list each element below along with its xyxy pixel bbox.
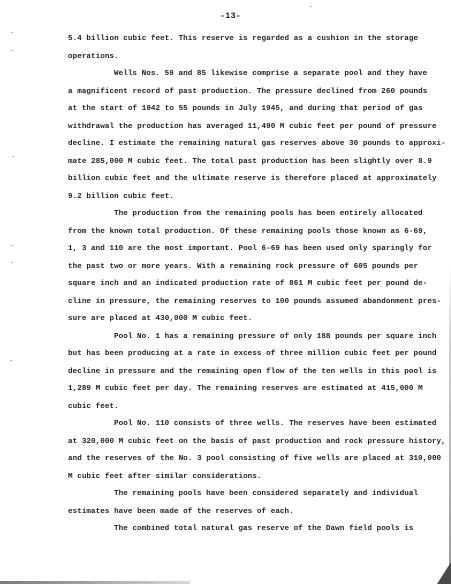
text-line: 5.4 billion cubic feet. This reserve is … [68, 31, 428, 49]
text-line: and the reserves of the No. 3 pool consi… [68, 451, 428, 469]
paragraph-start-line: The production from the remaining pools … [68, 206, 428, 224]
paragraph-start-line: The remaining pools have been considered… [68, 486, 428, 504]
text-line: M cubic feet after similar consideration… [68, 469, 428, 487]
text-line: sure are placed at 430,000 M cubic feet. [68, 311, 428, 329]
text-line: withdrawal the production has averaged 1… [68, 119, 428, 137]
text-line: mate 285,000 M cubic feet. The total pas… [68, 154, 428, 172]
paragraph-start-line: The combined total natural gas reserve o… [68, 521, 428, 539]
text-line: cline in pressure, the remaining reserve… [68, 294, 428, 312]
text-line: cubic feet. [68, 399, 428, 417]
text-line: at 320,000 M cubic feet on the basis of … [68, 434, 428, 452]
text-line: the past two or more years. With a remai… [68, 259, 428, 277]
paragraph-start-line: Pool No. 1 has a remaining pressure of o… [68, 329, 428, 347]
paragraph-start-line: Wells Nos. 59 and 85 likewise comprise a… [68, 66, 428, 84]
text-line: 1, 3 and 110 are the most important. Poo… [68, 241, 428, 259]
scan-speck [11, 50, 13, 51]
text-line: billion cubic feet and the ultimate rese… [68, 171, 428, 189]
text-line: from the known total production. Of thes… [68, 224, 428, 242]
text-line: operations. [68, 49, 428, 67]
page-number: -13- [0, 11, 451, 21]
paragraph-start-line: Pool No. 110 consists of three wells. Th… [68, 416, 428, 434]
scan-speck [11, 245, 13, 246]
scan-speck [10, 360, 12, 361]
body-text: 5.4 billion cubic feet. This reserve is … [68, 31, 428, 539]
text-line: 1,289 M cubic feet per day. The remainin… [68, 381, 428, 399]
text-line: decline in pressure and the remaining op… [68, 364, 428, 382]
scan-speck [310, 6, 312, 7]
scan-corner-shadow [437, 562, 451, 584]
document-page: -13- 5.4 billion cubic feet. This reserv… [0, 0, 451, 584]
text-line: estimates have been made of the reserves… [68, 504, 428, 522]
scan-speck [11, 32, 13, 33]
text-line: but has been producing at a rate in exce… [68, 346, 428, 364]
scan-speck [12, 156, 14, 157]
scan-speck [11, 262, 13, 263]
text-line: at the start of 1942 to 55 pounds in Jul… [68, 101, 428, 119]
text-line: square inch and an indicated production … [68, 276, 428, 294]
text-line: a magnificent record of past production.… [68, 84, 428, 102]
text-line: 9.2 billion cubic feet. [68, 189, 428, 207]
text-line: decline. I estimate the remaining natura… [68, 136, 428, 154]
